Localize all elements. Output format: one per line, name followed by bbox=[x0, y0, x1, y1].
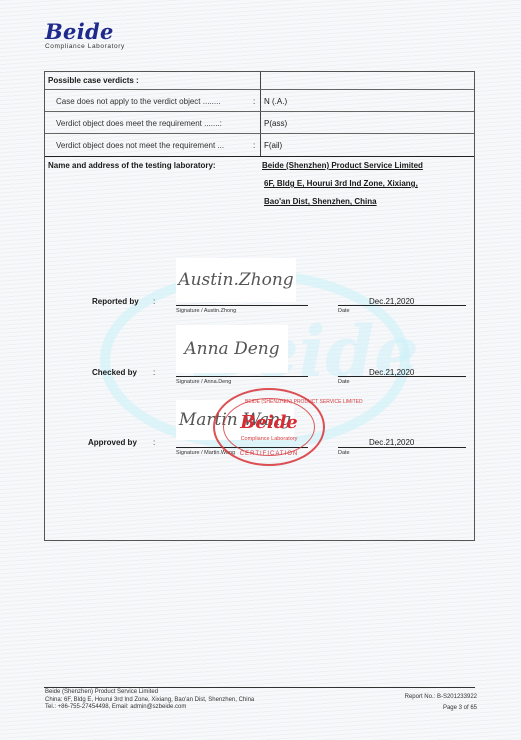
verdict-label: Verdict object does meet the requirement… bbox=[56, 119, 222, 128]
verdict-colon: : bbox=[253, 141, 255, 150]
footer-report-info: Report No.: B-S201233922 Page 3 of 65 bbox=[405, 692, 477, 714]
page-number: Page 3 of 65 bbox=[405, 703, 477, 714]
report-number: Report No.: B-S201233922 bbox=[405, 692, 477, 703]
date-line bbox=[338, 447, 466, 448]
footer-company-info: Beide (Shenzhen) Product Service Limited… bbox=[45, 689, 254, 712]
date-line bbox=[338, 376, 466, 377]
reported-by-colon: : bbox=[153, 297, 155, 306]
checked-by-colon: : bbox=[153, 368, 155, 377]
date-caption: Date bbox=[338, 308, 350, 314]
approval-date: Dec.21,2020 bbox=[369, 438, 414, 447]
signature-caption: Signature / Austin.Zhong bbox=[176, 308, 236, 314]
logo-brand: Beide bbox=[45, 22, 125, 42]
company-seal-stamp: BEIDE (SHENZHEN) PRODUCT SERVICE LIMITED… bbox=[213, 388, 325, 466]
verdict-label: Case does not apply to the verdict objec… bbox=[56, 97, 221, 106]
verdict-row: Verdict object does not meet the require… bbox=[45, 134, 474, 157]
lab-name: Beide (Shenzhen) Product Service Limited bbox=[262, 161, 423, 170]
signature-image-reporter: Austin.Zhong bbox=[176, 258, 296, 302]
stamp-subtitle: Compliance Laboratory bbox=[215, 436, 323, 442]
date-caption: Date bbox=[338, 450, 350, 456]
verdicts-title: Possible case verdicts : bbox=[48, 76, 139, 85]
date-line bbox=[338, 305, 466, 306]
stamp-top-text: BEIDE (SHENZHEN) PRODUCT SERVICE LIMITED bbox=[245, 399, 363, 405]
signature-image-checker: Anna Deng bbox=[176, 325, 288, 373]
verdict-value: P(ass) bbox=[264, 119, 287, 128]
verdicts-header-row: Possible case verdicts : bbox=[45, 72, 474, 90]
date-caption: Date bbox=[338, 379, 350, 385]
verdict-value: N (.A.) bbox=[264, 97, 287, 106]
verdict-row: Case does not apply to the verdict objec… bbox=[45, 90, 474, 112]
stamp-bottom-text: CERTIFICATION bbox=[215, 451, 323, 457]
signature-caption: Signature / Anna.Deng bbox=[176, 379, 231, 385]
verdict-row: Verdict object does meet the requirement… bbox=[45, 112, 474, 134]
lab-label: Name and address of the testing laborato… bbox=[48, 161, 216, 170]
footer-contact: Tel.: +86-755-27454498, Email: admin@szb… bbox=[45, 704, 254, 712]
footer-address: China: 6F, Bldg E, Hourui 3rd Ind Zone, … bbox=[45, 697, 254, 705]
verdict-label: Verdict object does not meet the require… bbox=[56, 141, 224, 150]
verdict-colon: : bbox=[253, 97, 255, 106]
verdict-value: F(ail) bbox=[264, 141, 282, 150]
verdicts-table: Possible case verdicts : Case does not a… bbox=[44, 71, 475, 541]
signature-line bbox=[176, 376, 308, 377]
footer-divider bbox=[44, 687, 475, 688]
lab-address-line-2: Bao'an Dist, Shenzhen, China bbox=[264, 197, 377, 206]
signature-line bbox=[176, 305, 308, 306]
company-logo: Beide Compliance Laboratory bbox=[45, 22, 125, 50]
approved-by-label: Approved by bbox=[88, 438, 137, 447]
lab-address-line-1: 6F, Bldg E, Hourui 3rd Ind Zone, Xixiang… bbox=[264, 179, 418, 188]
checked-by-label: Checked by bbox=[92, 368, 137, 377]
reported-by-label: Reported by bbox=[92, 297, 139, 306]
stamp-brand: Beide bbox=[215, 412, 323, 433]
logo-subtitle: Compliance Laboratory bbox=[45, 43, 125, 50]
footer-company: Beide (Shenzhen) Product Service Limited bbox=[45, 689, 254, 697]
approved-by-colon: : bbox=[153, 438, 155, 447]
